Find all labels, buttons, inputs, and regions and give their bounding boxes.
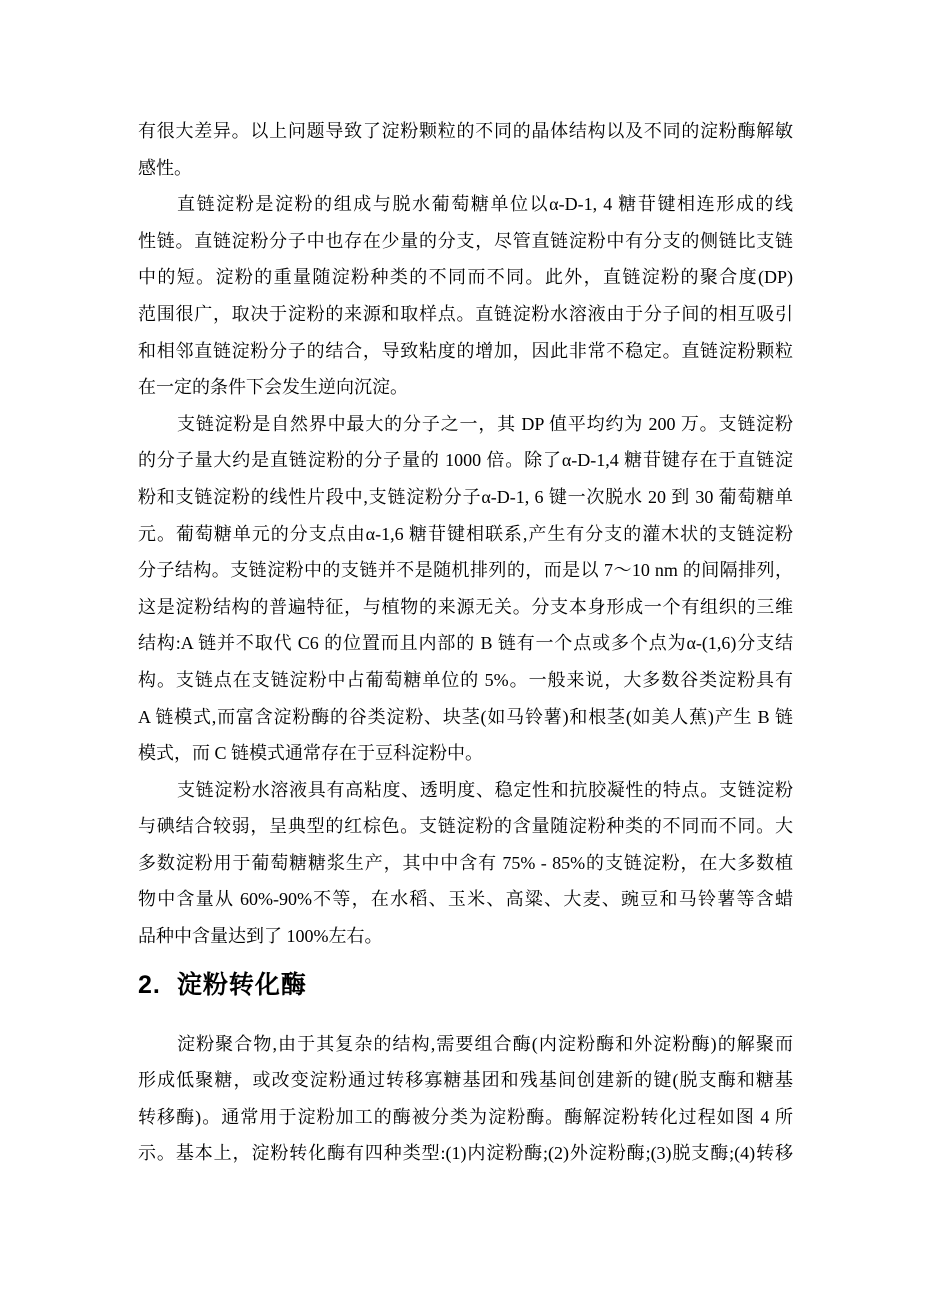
text-line: 中的短。淀粉的重量随淀粉种类的不同而不同。此外，直链淀粉的聚合度(DP): [138, 259, 793, 296]
text-line: 支链淀粉是自然界中最大的分子之一，其 DP 值平均约为 200 万。支链淀粉: [138, 406, 793, 443]
text-line: 感性。: [138, 150, 793, 187]
text-line: 元。葡萄糖单元的分支点由α-1,6 糖苷键相联系,产生有分支的灌木状的支链淀粉: [138, 516, 793, 553]
text-line: 构。支链点在支链淀粉中占葡萄糖单位的 5%。一般来说，大多数谷类淀粉具有: [138, 662, 793, 699]
text-line: 在一定的条件下会发生逆向沉淀。: [138, 369, 793, 406]
text-line: 这是淀粉结构的普遍特征，与植物的来源无关。分支本身形成一个有组织的三维: [138, 589, 793, 626]
section-heading-text: 淀粉转化酶: [177, 971, 307, 999]
document-content: 有很大差异。以上问题导致了淀粉颗粒的不同的晶体结构以及不同的淀粉酶解敏感性。直链…: [138, 113, 793, 1172]
text-line: 直链淀粉是淀粉的组成与脱水葡萄糖单位以α-D-1, 4 糖苷键相连形成的线: [138, 186, 793, 223]
section-heading-number: 2.: [138, 970, 161, 1000]
text-line: 示。基本上，淀粉转化酶有四种类型:(1)内淀粉酶;(2)外淀粉酶;(3)脱支酶;…: [138, 1135, 793, 1172]
text-line: 品种中含量达到了 100%左右。: [138, 918, 793, 955]
section-heading: 2.淀粉转化酶: [138, 970, 793, 1000]
paragraph: 淀粉聚合物,由于其复杂的结构,需要组合酶(内淀粉酶和外淀粉酶)的解聚而形成低聚糖…: [138, 1026, 793, 1172]
text-line: 物中含量从 60%-90%不等，在水稻、玉米、高粱、大麦、豌豆和马铃薯等含蜡: [138, 881, 793, 918]
text-line: 的分子量大约是直链淀粉的分子量的 1000 倍。除了α-D-1,4 糖苷键存在于…: [138, 442, 793, 479]
text-line: 有很大差异。以上问题导致了淀粉颗粒的不同的晶体结构以及不同的淀粉酶解敏: [138, 113, 793, 150]
text-line: 和相邻直链淀粉分子的结合，导致粘度的增加，因此非常不稳定。直链淀粉颗粒: [138, 333, 793, 370]
text-line: 淀粉聚合物,由于其复杂的结构,需要组合酶(内淀粉酶和外淀粉酶)的解聚而: [138, 1026, 793, 1063]
text-line: 粉和支链淀粉的线性片段中,支链淀粉分子α-D-1, 6 键一次脱水 20 到 3…: [138, 479, 793, 516]
text-line: 多数淀粉用于葡萄糖糖浆生产，其中中含有 75% - 85%的支链淀粉，在大多数植: [138, 845, 793, 882]
text-line: 结构:A 链并不取代 C6 的位置而且内部的 B 链有一个点或多个点为α-(1,…: [138, 625, 793, 662]
text-line: 范围很广，取决于淀粉的来源和取样点。直链淀粉水溶液由于分子间的相互吸引: [138, 296, 793, 333]
text-line: 性链。直链淀粉分子中也存在少量的分支，尽管直链淀粉中有分支的侧链比支链: [138, 223, 793, 260]
text-line: 转移酶)。通常用于淀粉加工的酶被分类为淀粉酶。酶解淀粉转化过程如图 4 所: [138, 1099, 793, 1136]
text-line: 支链淀粉水溶液具有高粘度、透明度、稳定性和抗胶凝性的特点。支链淀粉: [138, 772, 793, 809]
text-line: 分子结构。支链淀粉中的支链并不是随机排列的，而是以 7～10 nm 的间隔排列，: [138, 552, 793, 589]
paragraph: 直链淀粉是淀粉的组成与脱水葡萄糖单位以α-D-1, 4 糖苷键相连形成的线性链。…: [138, 186, 793, 406]
text-line: 模式，而 C 链模式通常存在于豆科淀粉中。: [138, 735, 793, 772]
text-line: 与碘结合较弱，呈典型的红棕色。支链淀粉的含量随淀粉种类的不同而不同。大: [138, 808, 793, 845]
text-line: A 链模式,而富含淀粉酶的谷类淀粉、块茎(如马铃薯)和根茎(如美人蕉)产生 B …: [138, 699, 793, 736]
document-page: 有很大差异。以上问题导致了淀粉颗粒的不同的晶体结构以及不同的淀粉酶解敏感性。直链…: [0, 0, 926, 1309]
paragraph: 有很大差异。以上问题导致了淀粉颗粒的不同的晶体结构以及不同的淀粉酶解敏感性。: [138, 113, 793, 186]
text-line: 形成低聚糖，或改变淀粉通过转移寡糖基团和残基间创建新的键(脱支酶和糖基: [138, 1062, 793, 1099]
paragraph: 支链淀粉水溶液具有高粘度、透明度、稳定性和抗胶凝性的特点。支链淀粉与碘结合较弱，…: [138, 772, 793, 955]
paragraph: 支链淀粉是自然界中最大的分子之一，其 DP 值平均约为 200 万。支链淀粉的分…: [138, 406, 793, 772]
